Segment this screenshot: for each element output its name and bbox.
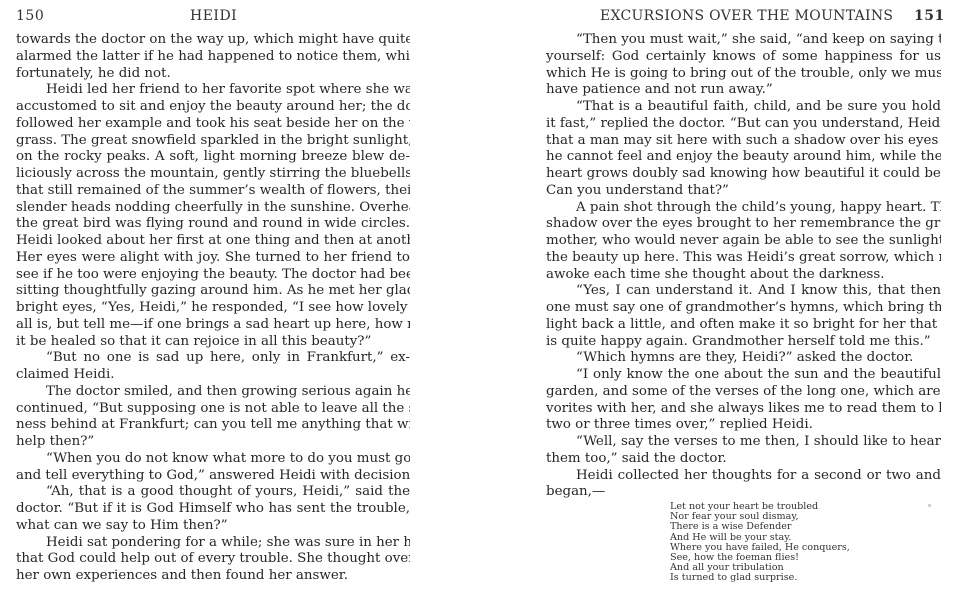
text-line: two or three times over,” replied Heidi. xyxy=(546,417,941,434)
text-line: what can we say to Him then?” xyxy=(16,518,410,535)
text-line: them too,” said the doctor. xyxy=(546,451,941,468)
body-text: towards the doctor on the way up, which … xyxy=(16,32,410,585)
paragraph: “Which hymns are they, Heidi?” asked the… xyxy=(546,350,941,367)
running-title: HEIDI xyxy=(190,8,237,24)
text-line: see if he too were enjoying the beauty. … xyxy=(16,267,410,284)
text-line: doctor. “But if it is God Himself who ha… xyxy=(16,501,410,518)
text-line: he cannot feel and enjoy the beauty arou… xyxy=(546,149,941,166)
text-line: towards the doctor on the way up, which … xyxy=(16,32,410,49)
paragraph: The doctor smiled, and then growing seri… xyxy=(16,384,410,451)
text-line: “Ah, that is a good thought of yours, He… xyxy=(16,484,410,501)
text-line: fortunately, he did not. xyxy=(16,66,410,83)
text-line: yourself: God certainly knows of some ha… xyxy=(546,49,941,66)
text-line: that a man may sit here with such a shad… xyxy=(546,133,941,150)
text-line: “I only know the one about the sun and t… xyxy=(546,367,941,384)
text-line: it fast,” replied the doctor. “But can y… xyxy=(546,116,941,133)
text-line: bright eyes, “Yes, Heidi,” he responded,… xyxy=(16,300,410,317)
text-line: is quite happy again. Grandmother hersel… xyxy=(546,334,941,351)
text-line: followed her example and took his seat b… xyxy=(16,116,410,133)
text-line: her own experiences and then found her a… xyxy=(16,568,410,585)
text-line: have patience and not run away.” xyxy=(546,82,941,99)
page-number: 150 xyxy=(16,8,44,24)
paragraph: Heidi collected her thoughts for a secon… xyxy=(546,468,941,502)
text-line: “That is a beautiful faith, child, and b… xyxy=(546,99,941,116)
text-line: “When you do not know what more to do yo… xyxy=(16,451,410,468)
text-line: shadow over the eyes brought to her reme… xyxy=(546,216,941,233)
paragraph: A pain shot through the child’s young, h… xyxy=(546,200,941,284)
text-line: ness behind at Frankfurt; can you tell m… xyxy=(16,417,410,434)
text-line: Heidi sat pondering for a while; she was… xyxy=(16,535,410,552)
text-line: on the rocky peaks. A soft, light mornin… xyxy=(16,149,410,166)
text-line: the beauty up here. This was Heidi’s gre… xyxy=(546,250,941,267)
text-line: it be healed so that it can rejoice in a… xyxy=(16,334,410,351)
text-line: Can you understand that?” xyxy=(546,183,941,200)
text-line: garden, and some of the verses of the lo… xyxy=(546,384,941,401)
text-line: The doctor smiled, and then growing seri… xyxy=(16,384,410,401)
text-line: one must say one of grandmother’s hymns,… xyxy=(546,300,941,317)
paragraph: “That is a beautiful faith, child, and b… xyxy=(546,99,941,200)
text-line: liciously across the mountain, gently st… xyxy=(16,166,410,183)
paragraph: “When you do not know what more to do yo… xyxy=(16,451,410,485)
paragraph: Heidi led her friend to her favorite spo… xyxy=(16,82,410,350)
text-line: Heidi led her friend to her favorite spo… xyxy=(16,82,410,99)
paragraph: “Then you must wait,” she said, “and kee… xyxy=(546,32,941,99)
right-page: EXCURSIONS OVER THE MOUNTAINS 151 “Then … xyxy=(477,0,954,607)
text-line: A pain shot through the child’s young, h… xyxy=(546,200,941,217)
text-line: light back a little, and often make it s… xyxy=(546,317,941,334)
paragraph: towards the doctor on the way up, which … xyxy=(16,32,410,82)
text-line: began,— xyxy=(546,484,941,501)
text-line: “But no one is sad up here, only in Fran… xyxy=(16,350,410,367)
text-line: slender heads nodding cheerfully in the … xyxy=(16,200,410,217)
paragraph: “I only know the one about the sun and t… xyxy=(546,367,941,434)
hymn-verse: Let not your heart be troubledNor fear y… xyxy=(670,502,850,584)
text-line: awoke each time she thought about the da… xyxy=(546,267,941,284)
text-line: continued, “But supposing one is not abl… xyxy=(16,401,410,418)
text-line: “Which hymns are they, Heidi?” asked the… xyxy=(546,350,941,367)
text-line: heart grows doubly sad knowing how beaut… xyxy=(546,166,941,183)
text-line: accustomed to sit and enjoy the beauty a… xyxy=(16,99,410,116)
text-line: claimed Heidi. xyxy=(16,367,410,384)
body-text: “Then you must wait,” she said, “and kee… xyxy=(546,32,941,501)
text-line: that God could help out of every trouble… xyxy=(16,551,410,568)
text-line: vorites with her, and she always likes m… xyxy=(546,401,941,418)
paragraph: “Yes, I can understand it. And I know th… xyxy=(546,283,941,350)
paragraph: “Ah, that is a good thought of yours, He… xyxy=(16,484,410,534)
page-number: 151 xyxy=(914,8,945,24)
text-line: which He is going to bring out of the tr… xyxy=(546,66,941,83)
text-line: grass. The great snowfield sparkled in t… xyxy=(16,133,410,150)
text-line: the great bird was flying round and roun… xyxy=(16,216,410,233)
text-line: mother, who would never again be able to… xyxy=(546,233,941,250)
text-line: alarmed the latter if he had happened to… xyxy=(16,49,410,66)
text-line: help then?” xyxy=(16,434,410,451)
text-line: that still remained of the summer’s weal… xyxy=(16,183,410,200)
text-line: “Then you must wait,” she said, “and kee… xyxy=(546,32,941,49)
text-line: Heidi collected her thoughts for a secon… xyxy=(546,468,941,485)
text-line: “Well, say the verses to me then, I shou… xyxy=(546,434,941,451)
paragraph: “But no one is sad up here, only in Fran… xyxy=(16,350,410,384)
paragraph: Heidi sat pondering for a while; she was… xyxy=(16,535,410,585)
text-line: Her eyes were alight with joy. She turne… xyxy=(16,250,410,267)
left-page: 150 HEIDI towards the doctor on the way … xyxy=(0,0,477,607)
text-line: and tell everything to God,” answered He… xyxy=(16,468,410,485)
running-title: EXCURSIONS OVER THE MOUNTAINS xyxy=(600,8,893,24)
scan-speck xyxy=(928,504,931,507)
text-line: all is, but tell me—if one brings a sad … xyxy=(16,317,410,334)
text-line: sitting thoughtfully gazing around him. … xyxy=(16,283,410,300)
poem-line: Is turned to glad surprise. xyxy=(670,573,850,583)
text-line: “Yes, I can understand it. And I know th… xyxy=(546,283,941,300)
text-line: Heidi looked about her first at one thin… xyxy=(16,233,410,250)
paragraph: “Well, say the verses to me then, I shou… xyxy=(546,434,941,468)
